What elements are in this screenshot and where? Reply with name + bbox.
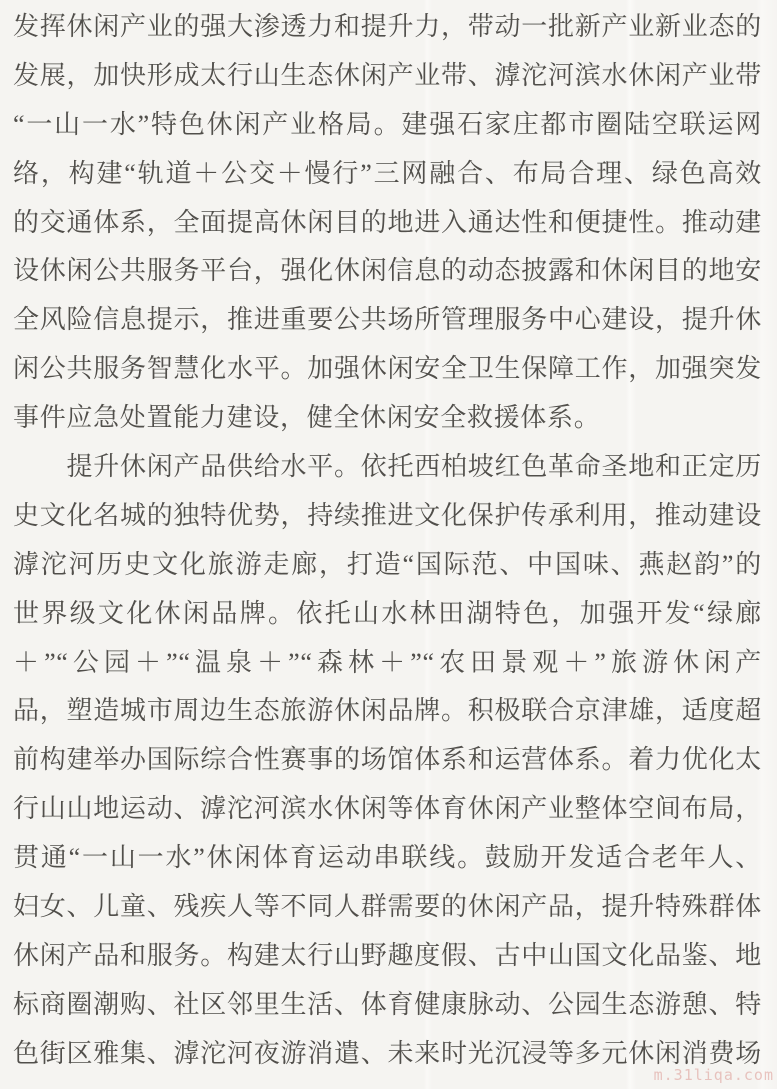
text-line: 行山山地运动、滹沱河滨水休闲等体育休闲产业整体空间布局，	[13, 785, 762, 834]
text-line: 闲公共服务智慧化水平。加强休闲安全卫生保障工作，加强突发	[13, 345, 762, 394]
text-line: 设休闲公共服务平台，强化休闲信息的动态披露和休闲目的地安	[13, 247, 762, 296]
text-line: 络，构建“轨道＋公交＋慢行”三网融合、布局合理、绿色高效	[13, 150, 762, 199]
text-line: 全风险信息提示，推进重要公共场所管理服务中心建设，提升休	[13, 296, 762, 345]
text-line: 世界级文化休闲品牌。依托山水林田湖特色，加强开发“绿廊	[13, 590, 762, 639]
text-line: ＋”“公园＋”“温泉＋”“森林＋”“农田景观＋”旅游休闲产	[13, 639, 762, 688]
text-line: 品，塑造城市周边生态旅游休闲品牌。积极联合京津雄，适度超	[13, 687, 762, 736]
text-line: 事件应急处置能力建设，健全休闲安全救援体系。	[13, 394, 762, 443]
text-line: 提升休闲产品供给水平。依托西柏坡红色革命圣地和正定历	[13, 443, 762, 492]
text-line: 色街区雅集、滹沱河夜游消遣、未来时光沉浸等多元休闲消费场	[13, 1030, 762, 1079]
text-line: 的交通体系，全面提高休闲目的地进入通达性和便捷性。推动建	[13, 199, 762, 248]
text-line: “一山一水”特色休闲产业格局。建强石家庄都市圈陆空联运网	[13, 101, 762, 150]
paragraph-2: 提升休闲产品供给水平。依托西柏坡红色革命圣地和正定历 史文化名城的独特优势，持续…	[13, 443, 762, 1079]
document-page: 发挥休闲产业的强大渗透力和提升力，带动一批新产业新业态的 发展，加快形成太行山生…	[0, 0, 777, 1089]
text-line: 休闲产品和服务。构建太行山野趣度假、古中山国文化品鉴、地	[13, 932, 762, 981]
text-line: 贯通“一山一水”休闲体育运动串联线。鼓励开发适合老年人、	[13, 834, 762, 883]
text-line: 标商圈潮购、社区邻里生活、体育健康脉动、公园生态游憩、特	[13, 981, 762, 1030]
text-line: 史文化名城的独特优势，持续推进文化保护传承利用，推动建设	[13, 492, 762, 541]
text-line: 发展，加快形成太行山生态休闲产业带、滹沱河滨水休闲产业带	[13, 52, 762, 101]
paragraph-1: 发挥休闲产业的强大渗透力和提升力，带动一批新产业新业态的 发展，加快形成太行山生…	[13, 3, 762, 443]
text-line: 妇女、儿童、残疾人等不同人群需要的休闲产品，提升特殊群体	[13, 883, 762, 932]
watermark: m.31liqa.com	[654, 1066, 774, 1084]
text-line: 发挥休闲产业的强大渗透力和提升力，带动一批新产业新业态的	[13, 3, 762, 52]
text-line: 前构建举办国际综合性赛事的场馆体系和运营体系。着力优化太	[13, 736, 762, 785]
text-line: 滹沱河历史文化旅游走廊，打造“国际范、中国味、燕赵韵”的	[13, 541, 762, 590]
